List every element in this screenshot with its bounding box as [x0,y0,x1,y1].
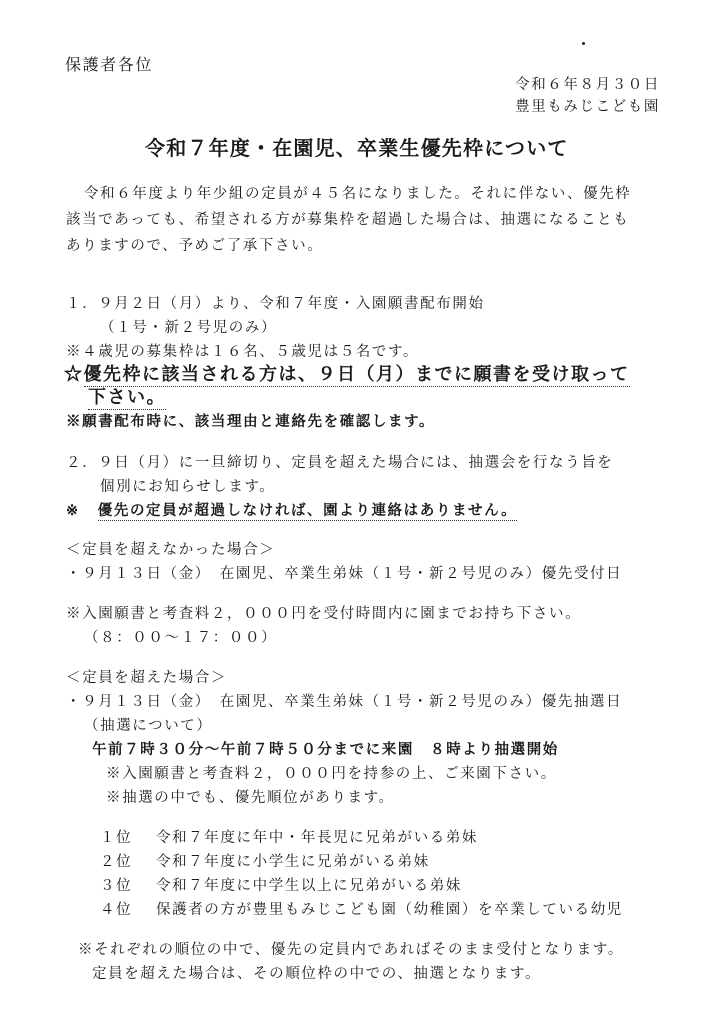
not-exceeded-heading: ＜定員を超えなかった場合＞ [66,540,275,560]
section2-line1: ２．９日（月）に一旦締切り、定員を超えた場合には、抽選会を行なう旨を [66,453,613,473]
not-exceeded-note: ※入園願書と考査料２，０００円を受付時間内に園までお持ち下さい。 [66,604,581,624]
exceeded-note1: ※入園願書と考査料２，０００円を持参の上、ご来園下さい。 [106,764,557,784]
page-title: 令和７年度・在園児、卒業生優先枠について [145,138,569,158]
intro-line-3: ありますので、予めご了承下さい。 [66,236,323,256]
priority-row: ４位保護者の方が豊里もみじこども園（幼稚園）を卒業している幼児 [100,900,623,920]
lottery-time: 午前７時３０分～午前７時５０分までに来園 ８時より抽選開始 [92,740,559,760]
issue-date: 令和６年８月３０日 [505,75,660,95]
exceeded-sub: （抽選について） [84,716,213,736]
intro-line-2: 該当であっても、希望される方が募集枠を超過した場合は、抽選になることも [66,210,629,230]
section1-emphasis: ☆優先枠に該当される方は、９日（月）までに願書を受け取って [64,363,630,387]
priority-rank: ３位 [100,876,156,896]
exceeded-note2: ※抽選の中でも、優先順位があります。 [106,788,395,808]
exceeded-item: ・９月１３日（金） 在園児、卒業生弟妹（１号・新２号児のみ）優先抽選日 [66,692,622,712]
priority-desc: 令和７年度に年中・年長児に兄弟がいる弟妹 [156,830,478,846]
intro-line-1: 令和６年度より年少組の定員が４５名になりました。それに伴ない、優先枠 [84,184,631,204]
footer-note-2: 定員を超えた場合は、その順位枠の中での、抽選となります。 [92,964,541,984]
priority-row: １位令和７年度に年中・年長児に兄弟がいる弟妹 [100,828,478,848]
not-exceeded-item: ・９月１３日（金） 在園児、卒業生弟妹（１号・新２号児のみ）優先受付日 [66,564,622,584]
priority-desc: 保護者の方が豊里もみじこども園（幼稚園）を卒業している幼児 [156,902,623,918]
priority-row: ２位令和７年度に小学生に兄弟がいる弟妹 [100,852,430,872]
section2-note-text: 優先の定員が超過しなければ、園より連絡はありません。 [98,502,517,521]
priority-desc: 令和７年度に中学生以上に兄弟がいる弟妹 [156,878,462,894]
emphasis-text-1: 優先枠に該当される方は、９日（月）までに願書を受け取って [84,364,630,387]
priority-rank: ２位 [100,852,156,872]
reception-hours: （８：００～１７：００） [84,628,277,648]
star-icon: ☆ [64,364,84,385]
scan-speck [582,42,585,45]
section2-note: ※優先の定員が超過しなければ、園より連絡はありません。 [66,501,517,521]
priority-row: ３位令和７年度に中学生以上に兄弟がいる弟妹 [100,876,462,896]
section1-emphasis-cont: 下さい。 [88,386,166,410]
priority-desc: 令和７年度に小学生に兄弟がいる弟妹 [156,854,430,870]
section2-line2: 個別にお知らせします。 [100,477,276,497]
priority-rank: １位 [100,828,156,848]
footer-note-1: ※それぞれの順位の中で、優先の定員内であればそのまま受付となります。 [78,940,624,960]
note-mark: ※ [66,502,80,519]
section1-line1: １．９月２日（月）より、令和７年度・入園願書配布開始 [66,294,485,314]
priority-rank: ４位 [100,900,156,920]
section1-line2: （１号・新２号児のみ） [100,318,277,338]
sender-name: 豊里もみじこども園 [505,97,660,117]
section1-note2: ※願書配布時に、該当理由と連絡先を確認します。 [66,412,435,432]
emphasis-text-2: 下さい。 [88,387,166,410]
exceeded-heading: ＜定員を超えた場合＞ [66,668,227,688]
addressee: 保護者各位 [65,55,153,75]
section1-note1: ※４歳児の募集枠は１６名、５歳児は５名です。 [66,342,419,362]
